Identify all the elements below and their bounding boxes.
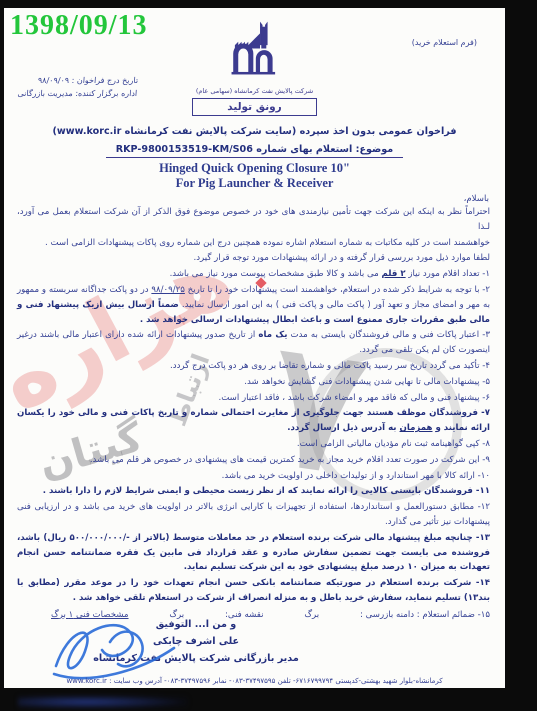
term-item-12: ۱۲- مطابق دستورالعمل و استانداردها، استف… <box>17 500 490 530</box>
publish-info: تاریخ درج فراخوان : ۹۸/۰۹/۰۹ اداره برگزا… <box>17 74 138 100</box>
term-item-8: ۸- کپی گواهینامه ثبت نام مؤدیان مالیاتی … <box>17 437 490 452</box>
intro-line: احتراماً نظر به اینکه این شرکت جهت تأمین… <box>17 205 490 235</box>
deadline-date: ۹۸/۰۹/۲۵ <box>151 285 185 295</box>
document-page: هزاره گیتان ارتباط ٧ 1398/09/13 (فرم است… <box>4 8 505 688</box>
organizer-line: اداره برگزار کننده: مدیریت بازرگانی <box>17 87 138 100</box>
term-item-1: ۱- تعداد اقلام مورد نیاز ۲ قلم می باشد و… <box>17 267 490 282</box>
term-item-13: ۱۳- چنانچه مبلغ پیشنهاد مالی شرکت برنده … <box>17 531 490 575</box>
term-item-7: ۷- فروشندگان موظف هستند جهت جلوگیری از م… <box>17 406 490 436</box>
mosque-logo-icon <box>228 67 282 86</box>
item-count-highlight: ۲ قلم <box>382 269 406 279</box>
scanned-document-screenshot: { "annotation": { "date_stamp": "1398/09… <box>0 0 537 711</box>
company-header: شرکت پالایش نفت کرمانشاه (سهامی عام) رون… <box>4 20 505 116</box>
term-item-5: ۵- پیشنهادات مالی تا نهایی شدن پیشنهادات… <box>17 375 490 390</box>
slogan-box: رونق تولید <box>192 98 316 116</box>
subject-english-line2: For Pig Launcher & Receiver <box>4 176 505 191</box>
terms-body: احتراماً نظر به اینکه این شرکت جهت تأمین… <box>17 205 490 623</box>
term-item-14: ۱۴- شرکت برنده استعلام در صورتیکه ضمانتن… <box>17 576 490 606</box>
publish-date-line: تاریخ درج فراخوان : ۹۸/۰۹/۰۹ <box>18 74 139 87</box>
footer-address: کرمانشاه-بلوار شهید بهشتی-کدپستی ۶۷۱۶۷۹۹… <box>4 677 505 685</box>
signature-scribble <box>46 608 196 700</box>
inquiry-number-line: موضوع: استعلام بهای شماره RKP-9800153519… <box>106 144 404 158</box>
term-item-4: ۴- تأکید می گردد تاریخ سر رسید پاکت مالی… <box>17 359 490 374</box>
term-item-11: ۱۱- فروشندگان بایستی کالایی را ارائه نما… <box>17 484 490 499</box>
term-item-6: ۶- پیشنهاد فنی و مالی که فاقد مهر و امضا… <box>17 391 490 406</box>
term-item-10: ۱۰- ارائه کالا با مهر استاندارد و از تول… <box>17 469 490 484</box>
subject-english-line1: Hinged Quick Opening Closure 10" <box>4 161 505 176</box>
salutation: باسلام، <box>464 194 489 204</box>
intro-line: لطفا موارد ذیل مورد بررسی قرار گرفته و د… <box>17 251 490 266</box>
title-block: فراخوان عمومی بدون اخذ سپرده (سایت شرکت … <box>4 126 505 191</box>
term-item-9: ۹- این شرکت در صورت تعدد اقلام خرید مجاز… <box>17 453 490 468</box>
signature-block: و من ا... التوفیق علی اشرف چابکی مدیر با… <box>62 616 330 667</box>
public-call-title: فراخوان عمومی بدون اخذ سپرده (سایت شرکت … <box>4 126 505 137</box>
term-item-3: ۳- اعتبار پاکات فنی و مالی فروشندگان بای… <box>17 328 490 358</box>
intro-line: خواهشمند است در کلیه مکاتبات به شماره اس… <box>17 236 490 251</box>
term-item-2: ۲- با توجه به شرایط ذکر شده در استعلام، … <box>17 283 490 327</box>
